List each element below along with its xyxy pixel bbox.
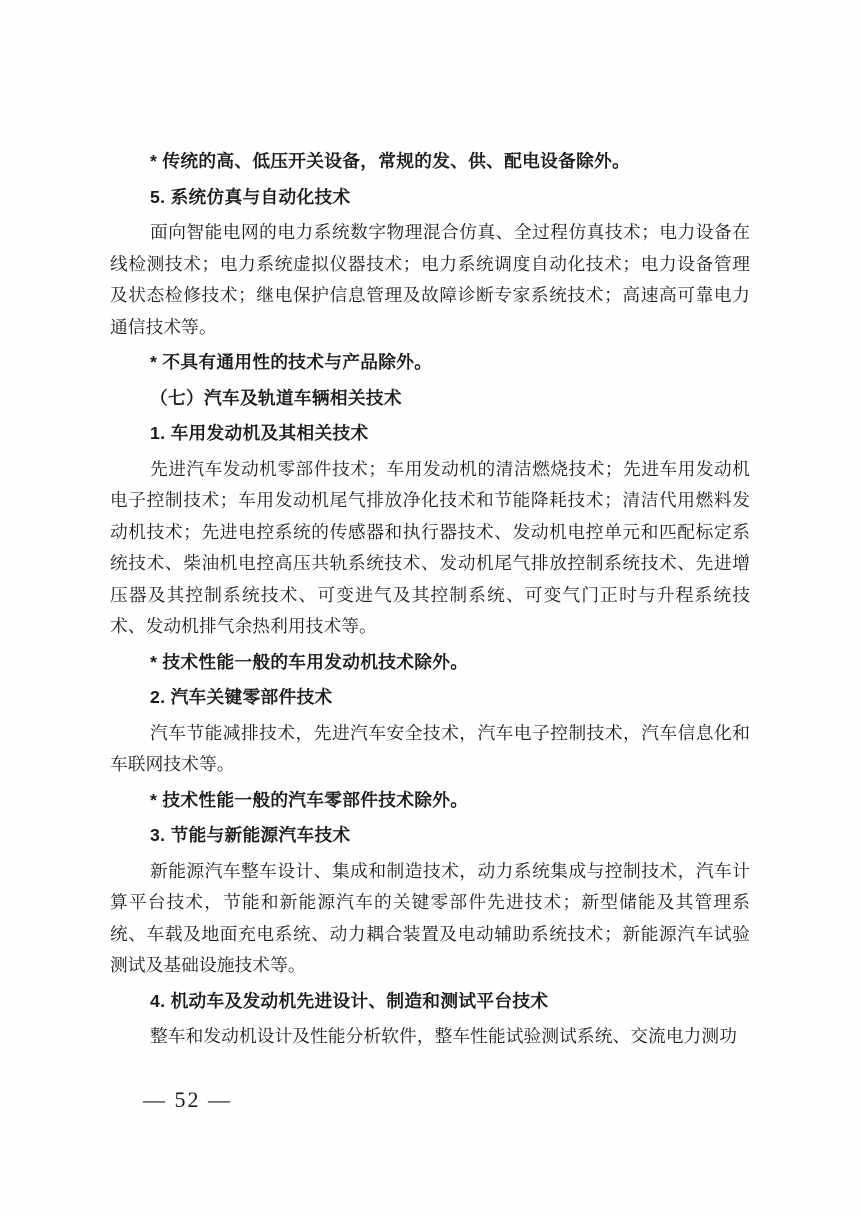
heading-5-simulation-automation: 5. 系统仿真与自动化技术: [110, 182, 750, 214]
paragraph-new-energy-vehicles: 新能源汽车整车设计、集成和制造技术，动力系统集成与控制技术，汽车计算平台技术，节…: [110, 856, 750, 982]
document-page: * 传统的高、低压开关设备，常规的发、供、配电设备除外。 5. 系统仿真与自动化…: [0, 0, 860, 1216]
note-auto-parts-exclusion: * 技术性能一般的汽车零部件技术除外。: [110, 785, 750, 817]
paragraph-simulation-automation: 面向智能电网的电力系统数字物理混合仿真、全过程仿真技术；电力设备在线检测技术；电…: [110, 217, 750, 343]
page-number: — 52 —: [143, 1087, 232, 1113]
note-generic-tech-exclusion: * 不具有通用性的技术与产品除外。: [110, 347, 750, 379]
note-engine-exclusion: * 技术性能一般的车用发动机技术除外。: [110, 647, 750, 679]
heading-4-design-test-platform: 4. 机动车及发动机先进设计、制造和测试平台技术: [110, 986, 750, 1018]
paragraph-vehicle-engine: 先进汽车发动机零部件技术；车用发动机的清洁燃烧技术；先进车用发动机电子控制技术；…: [110, 454, 750, 643]
note-switchgear-exclusion: * 传统的高、低压开关设备，常规的发、供、配电设备除外。: [110, 146, 750, 178]
heading-1-vehicle-engine: 1. 车用发动机及其相关技术: [110, 418, 750, 450]
heading-3-new-energy-vehicles: 3. 节能与新能源汽车技术: [110, 820, 750, 852]
heading-2-auto-key-parts: 2. 汽车关键零部件技术: [110, 682, 750, 714]
paragraph-auto-key-parts: 汽车节能减排技术，先进汽车安全技术，汽车电子控制技术，汽车信息化和车联网技术等。: [110, 718, 750, 781]
paragraph-design-test-platform: 整车和发动机设计及性能分析软件，整车性能试验测试系统、交流电力测功: [110, 1021, 750, 1053]
document-body: * 传统的高、低压开关设备，常规的发、供、配电设备除外。 5. 系统仿真与自动化…: [110, 146, 750, 1053]
heading-section-7-vehicles: （七）汽车及轨道车辆相关技术: [110, 383, 750, 415]
